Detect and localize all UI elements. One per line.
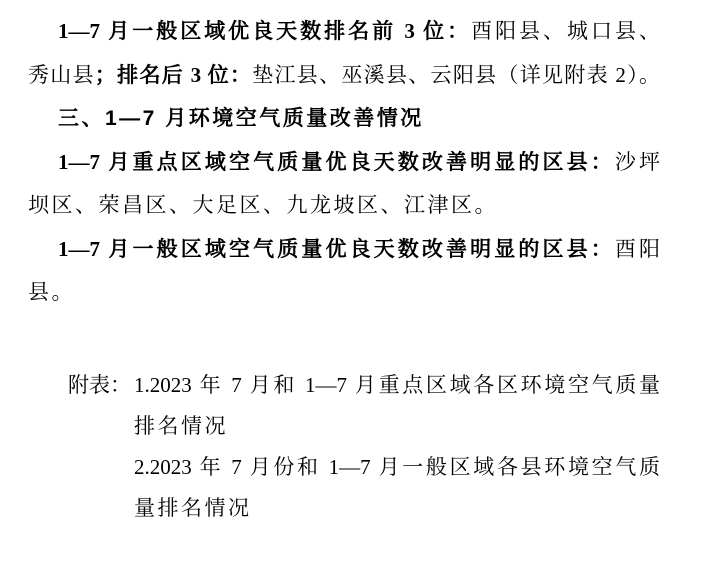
para1-line2-regular-end: 垫江县、巫溪县、云阳县（详见附表 2）。 (252, 63, 660, 87)
appendix-row: 附表： 1.2023 年 7 月和 1—7 月重点区域各区环境空气质量 排名情况… (68, 365, 660, 529)
para1-line2-regular-start: 秀山县 (28, 63, 95, 87)
appendix-label: 附表： (68, 365, 134, 529)
document-page: 1—7 月一般区域优良天数排名前 3 位：酉阳县、城口县、 秀山县；排名后 3 … (0, 0, 705, 579)
para1-line2: 秀山县；排名后 3 位：垫江县、巫溪县、云阳县（详见附表 2）。 (28, 54, 660, 98)
para1-line1-regular-text: 酉阳县、城口县、 (471, 19, 660, 43)
para3-line2: 县。 (28, 271, 660, 315)
appendix-content: 1.2023 年 7 月和 1—7 月重点区域各区环境空气质量 排名情况 2.2… (134, 365, 660, 529)
appendix-item1-line1: 1.2023 年 7 月和 1—7 月重点区域各区环境空气质量 (134, 365, 660, 406)
appendix-item1-line2: 排名情况 (134, 406, 660, 447)
para2-line1-regular-text: 沙坪 (615, 150, 660, 174)
para3-line1-regular-text: 酉阳 (615, 237, 660, 261)
appendix-block: 附表： 1.2023 年 7 月和 1—7 月重点区域各区环境空气质量 排名情况… (68, 365, 660, 529)
appendix-item2-line1: 2.2023 年 7 月份和 1—7 月一般区域各县环境空气质 (134, 447, 660, 488)
para3-line1-bold-lead: 1—7 月一般区域空气质量优良天数改善明显的区县： (58, 237, 615, 261)
para1-line1: 1—7 月一般区域优良天数排名前 3 位：酉阳县、城口县、 (28, 10, 660, 54)
appendix-item2-line2: 量排名情况 (134, 488, 660, 529)
section-heading-line: 三、1—7 月环境空气质量改善情况 (28, 97, 660, 141)
para2-line1-bold-lead: 1—7 月重点区域空气质量优良天数改善明显的区县： (58, 150, 615, 174)
para1-line1-bold-lead: 1—7 月一般区域优良天数排名前 3 位： (58, 19, 471, 43)
para2-line2: 坝区、荣昌区、大足区、九龙坡区、江津区。 (28, 184, 660, 228)
section-heading: 三、1—7 月环境空气质量改善情况 (58, 107, 424, 130)
para3-line1: 1—7 月一般区域空气质量优良天数改善明显的区县：酉阳 (28, 228, 660, 272)
para2-line2-regular-text: 坝区、荣昌区、大足区、九龙坡区、江津区。 (28, 193, 498, 217)
para2-line1: 1—7 月重点区域空气质量优良天数改善明显的区县：沙坪 (28, 141, 660, 185)
para1-line2-bold-lead: ；排名后 3 位： (95, 63, 252, 87)
para3-line2-regular-text: 县。 (28, 280, 75, 304)
